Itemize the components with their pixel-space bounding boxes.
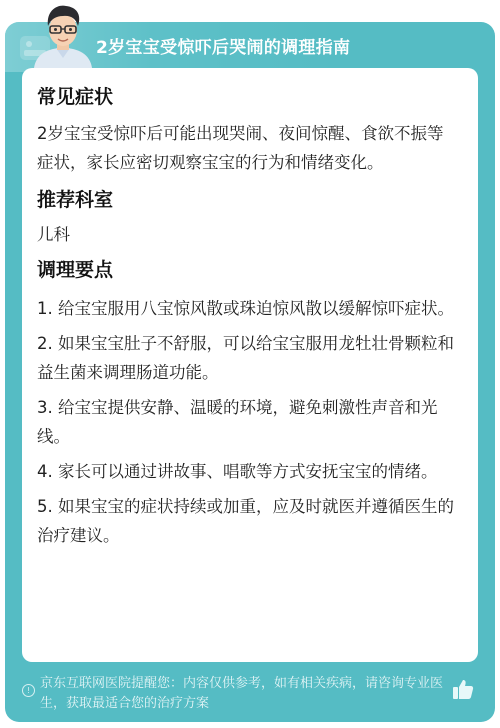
list-item: 2. 如果宝宝肚子不舒服，可以给宝宝服用龙牡壮骨颗粒和益生菌来调理肠道功能。 xyxy=(37,329,457,387)
content: 常见症状 2岁宝宝受惊吓后可能出现哭闹、夜间惊醒、食欲不振等症状，家长应密切观察… xyxy=(37,82,457,550)
department-text: 儿科 xyxy=(37,220,457,249)
page-title: 2岁宝宝受惊吓后哭闹的调理指南 xyxy=(96,33,350,58)
list-item: 4. 家长可以通过讲故事、唱歌等方式安抚宝宝的情绪。 xyxy=(37,457,457,486)
list-item: 5. 如果宝宝的症状持续或加重，应及时就医并遵循医生的治疗建议。 xyxy=(37,492,457,550)
section-heading-care-points: 调理要点 xyxy=(37,255,457,282)
section-heading-department: 推荐科室 xyxy=(37,185,457,212)
list-item: 3. 给宝宝提供安静、温暖的环境，避免刺激性声音和光线。 xyxy=(37,393,457,451)
info-icon: ! xyxy=(22,684,35,697)
list-item: 1. 给宝宝服用八宝惊风散或珠迫惊风散以缓解惊吓症状。 xyxy=(37,294,457,323)
doctor-avatar-icon xyxy=(28,2,98,68)
disclaimer-text: 京东互联网医院提醒您：内容仅供参考，如有相关疾病，请咨询专业医生，获取最适合您的… xyxy=(40,674,450,714)
thumbs-up-icon[interactable] xyxy=(452,678,474,700)
section-heading-symptoms: 常见症状 xyxy=(37,82,457,109)
symptoms-text: 2岁宝宝受惊吓后可能出现哭闹、夜间惊醒、食欲不振等症状，家长应密切观察宝宝的行为… xyxy=(37,119,457,177)
